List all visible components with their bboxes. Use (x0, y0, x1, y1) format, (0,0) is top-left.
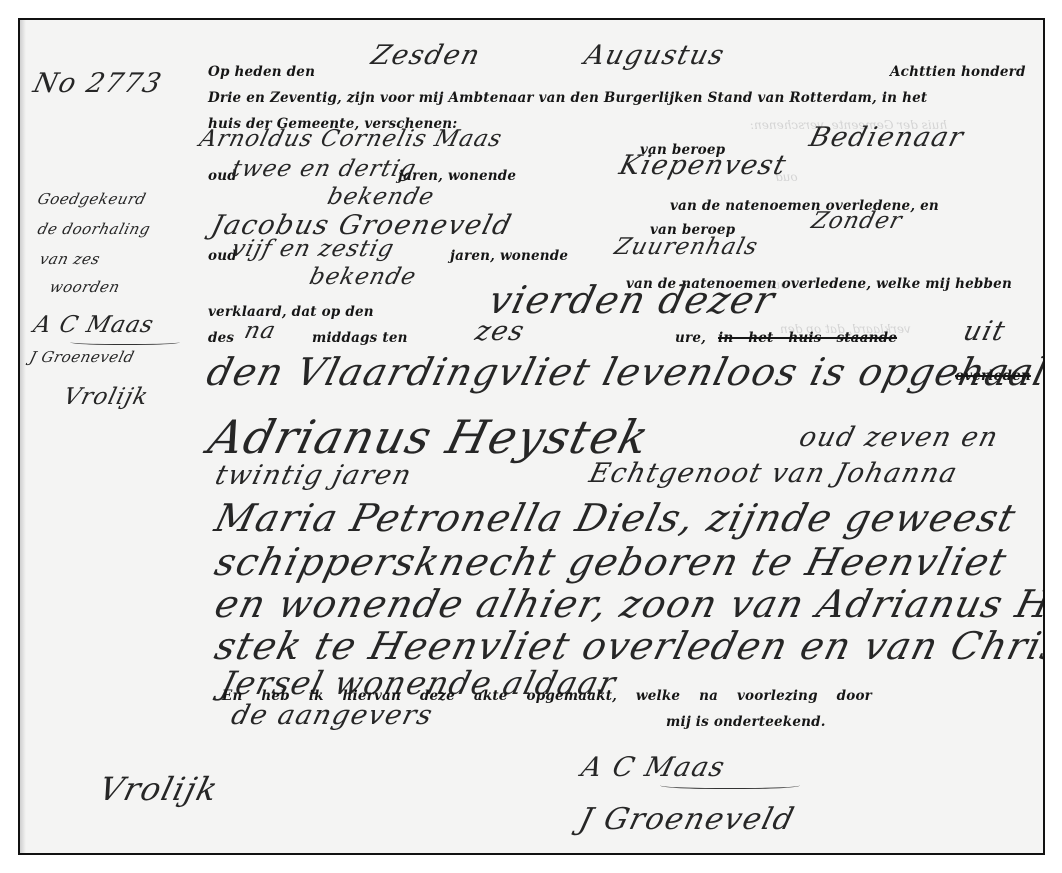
signature-2: J Groeneveld (576, 802, 799, 837)
printed-line-2: Drie en Zeventig, zijn voor mij Ambtenaa… (208, 90, 927, 106)
margin-note-line: van zes (38, 250, 102, 268)
margin-note-line: woorden (48, 278, 122, 296)
hour: zes (472, 316, 528, 347)
printed-verklaard: verklaard, dat op den (208, 304, 374, 320)
place-insert: uit (960, 316, 1009, 347)
handwritten-date-day: Zesden (368, 40, 484, 71)
declarant2-age: vijf en zestig (229, 236, 397, 262)
printed-achttien-honderd: Achttien honderd (890, 64, 1026, 80)
margin-note-line: Goedgekeurd (36, 190, 148, 208)
read-by: de aangevers (228, 700, 436, 731)
printed-des: des (208, 330, 234, 346)
margin-initials-3: Vrolijk (61, 384, 152, 410)
signature-1: A C Maas (578, 752, 729, 783)
deceased-name: Adrianus Heystek (203, 410, 655, 464)
record-number: No 2773 (30, 68, 165, 99)
declarant1-age: twee en dertig (229, 156, 419, 182)
flourish-underline (70, 338, 180, 345)
spouse-name-line: Maria Petronella Diels, zijnde geweest (211, 496, 1022, 540)
margin-initials-1: A C Maas (31, 312, 157, 338)
printed-op-heden: Op heden den (208, 56, 315, 82)
handwritten-date-month: Augustus (581, 40, 728, 71)
printed-jaren-wonende-1: jaren, wonende (398, 168, 516, 184)
declarant1-occupation: Bedienaar (806, 122, 967, 153)
printed-closing-line-2: mij is onderteekend. (666, 714, 826, 730)
printed-middags-ten: middags ten (312, 330, 408, 346)
deceased-age-b: twintig jaren (212, 460, 415, 491)
document-page: huis der Gemeente, verschenen: oud oud v… (18, 18, 1045, 855)
printed-struck-text: in het huis staande (718, 330, 897, 346)
margin-initials-2: J Groeneveld (28, 348, 137, 366)
declarant1-relation: bekende (325, 184, 438, 210)
declarant2-occupation: Zonder (809, 208, 905, 234)
printed-struck-overleden: overleden (955, 368, 1031, 384)
printed-text: Op heden den (208, 64, 315, 80)
time-of-day: na (242, 318, 279, 344)
father-line: stek te Heenvliet overleden en van Chris… (211, 624, 1045, 668)
flourish-underline (660, 780, 800, 789)
declarant2-residence: Zuurenhals (612, 234, 761, 260)
deceased-age-a: oud zeven en (796, 422, 1002, 453)
declarant1-name: Arnoldus Cornelis Maas (197, 126, 505, 152)
spouse-line: Echtgenoot van Johanna (586, 458, 961, 489)
occupation-line: schippersknecht geboren te Heenvliet (211, 540, 1012, 584)
bottom-left-signature: Vrolijk (95, 770, 222, 808)
declarant1-residence: Kiepenvest (616, 150, 790, 181)
printed-jaren-wonende-2: jaren, wonende (450, 248, 568, 264)
place-line: den Vlaardingvliet levenloos is opgehaal… (203, 350, 1045, 394)
margin-note-line: de doorhaling (36, 220, 153, 238)
residence-line: en wonende alhier, zoon van Adrianus Hey (211, 582, 1045, 626)
declarant2-relation: bekende (307, 264, 420, 290)
printed-ure: ure, (675, 330, 706, 346)
